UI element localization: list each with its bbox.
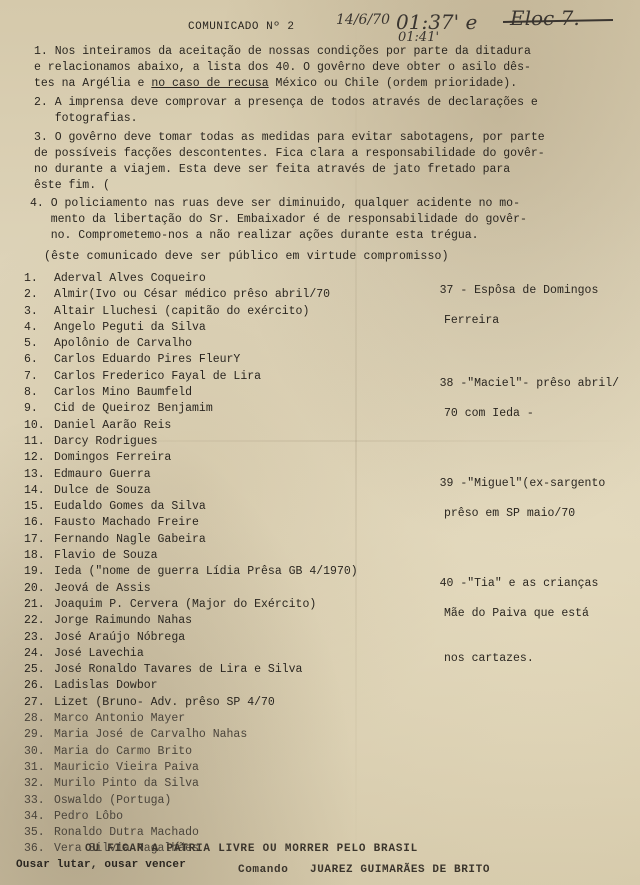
paragraph-1-line-3-end: México ou Chile (ordem prioridade). [269,77,517,90]
list-item: 24.José Lavechia [24,647,358,663]
list-item: 16.Fausto Machado Freire [24,516,358,532]
list-item-number: 28. [24,712,54,728]
list-item-name-continued: 70 com Ieda - [412,406,619,421]
list-item-name: Cid de Queiroz Benjamim [54,402,213,418]
paragraph-3-line-2: de possíveis facções descontentes. Fica … [34,146,545,162]
footer-slogan: Ousar lutar, ousar vencer [16,859,186,872]
list-item-number: 23. [24,631,54,647]
list-item: 2.Almir(Ivo ou César médico prêso abril/… [24,288,358,304]
list-item: 31.Mauricio Vieira Paiva [24,761,358,777]
list-item-name: Domingos Ferreira [54,451,171,467]
list-item-number: 35. [24,826,54,842]
list-item-name: Aderval Alves Coqueiro [54,272,206,288]
list-item: 3.Altair Lluchesi (capitão do exército) [24,305,358,321]
list-item-number: 16. [24,516,54,532]
list-item-number: 36. [24,842,54,858]
list-item: 18.Flavio de Souza [24,549,358,565]
list-item: 25.José Ronaldo Tavares de Lira e Silva [24,663,358,679]
paragraph-4-line-3: no. Comprometemo-nos a não realizar açõe… [30,228,527,244]
handwritten-date: 14/6/70 [336,12,390,28]
list-item: 7.Carlos Frederico Fayal de Lira [24,370,358,386]
list-item-name: Marco Antonio Mayer [54,712,185,728]
list-item-name: Fernando Nagle Gabeira [54,533,206,549]
list-item: 8.Carlos Mino Baumfeld [24,386,358,402]
list-item-name: "Tia" e as crianças [467,577,598,590]
list-item: 38 -"Maciel"- prêso abril/ 70 com Ieda - [412,361,619,451]
list-item: 39 -"Miguel"(ex-sargento prêso em SP mai… [412,461,619,551]
list-item-number: 38 - [440,377,468,390]
paragraph-4: 4. O policiamento nas ruas deve ser dimi… [30,196,527,244]
list-item-name: Almir(Ivo ou César médico prêso abril/70 [54,288,330,304]
handwritten-time-secondary: 01:41' [398,30,439,45]
list-item-name: "Miguel"(ex-sargento [467,477,605,490]
list-item-number: 34. [24,810,54,826]
list-item-name: Angelo Peguti da Silva [54,321,206,337]
list-item: 27.Lizet (Bruno- Adv. prêso SP 4/70 [24,696,358,712]
paragraph-1-line-2: e relacionamos abaixo, a lista dos 40. O… [34,60,531,76]
list-item-name-continued: Ferreira [412,313,619,328]
list-item-name-continued: nos cartazes. [412,651,619,666]
list-item-name: José Araújo Nóbrega [54,631,185,647]
list-item-name: Fausto Machado Freire [54,516,199,532]
list-item-number: 31. [24,761,54,777]
list-item: 19.Ieda ("nome de guerra Lídia Prêsa GB … [24,565,358,581]
list-item-number: 14. [24,484,54,500]
list-item: 9.Cid de Queiroz Benjamim [24,402,358,418]
list-item-name: José Lavechia [54,647,144,663]
list-item-name-continued: Mãe do Paiva que está [412,606,619,621]
paragraph-1-line-3-start: tes na Argélia e [34,77,151,90]
list-item: 37 - Espôsa de Domingos Ferreira [412,268,619,358]
list-item-name: José Ronaldo Tavares de Lira e Silva [54,663,302,679]
paragraph-3: 3. O govêrno deve tomar todas as medidas… [34,130,545,194]
list-item-number: 29. [24,728,54,744]
list-item-number: 33. [24,794,54,810]
list-item-name: Altair Lluchesi (capitão do exército) [54,305,309,321]
list-item-number: 32. [24,777,54,793]
list-item-name: Joaquim P. Cervera (Major do Exército) [54,598,316,614]
list-item-number: 3. [24,305,54,321]
list-item-name: Lizet (Bruno- Adv. prêso SP 4/70 [54,696,275,712]
list-item-name: Oswaldo (Portuga) [54,794,171,810]
list-item-number: 17. [24,533,54,549]
list-item: 12.Domingos Ferreira [24,451,358,467]
list-item: 10.Daniel Aarão Reis [24,419,358,435]
prisoner-list-left: 1.Aderval Alves Coqueiro 2.Almir(Ivo ou … [24,272,358,859]
list-item-name: Jorge Raimundo Nahas [54,614,192,630]
document-title: COMUNICADO Nº 2 [188,21,295,34]
list-item-name: Mauricio Vieira Paiva [54,761,199,777]
list-item: 17.Fernando Nagle Gabeira [24,533,358,549]
list-item: 34.Pedro Lôbo [24,810,358,826]
list-item-number: 22. [24,614,54,630]
list-item-number: 8. [24,386,54,402]
list-item-name: Daniel Aarão Reis [54,419,171,435]
paragraph-2-line-1: 2. A imprensa deve comprovar a presença … [34,95,538,111]
paragraph-4-line-1: 4. O policiamento nas ruas deve ser dimi… [30,196,527,212]
list-item-number: 4. [24,321,54,337]
list-item: 32.Murilo Pinto da Silva [24,777,358,793]
list-item-name: Darcy Rodrigues [54,435,158,451]
list-item-number: 13. [24,468,54,484]
list-item: 11.Darcy Rodrigues [24,435,358,451]
list-item-name: Ieda ("nome de guerra Lídia Prêsa GB 4/1… [54,565,358,581]
list-item-name: Maria do Carmo Brito [54,745,192,761]
paragraph-3-line-3: no durante a viajem. Esta deve ser feita… [34,162,545,178]
list-item: 21.Joaquim P. Cervera (Major do Exército… [24,598,358,614]
list-item-number: 2. [24,288,54,304]
list-item: 1.Aderval Alves Coqueiro [24,272,358,288]
list-item-name: Maria José de Carvalho Nahas [54,728,247,744]
list-item: 26.Ladislas Dowbor [24,679,358,695]
list-item-name: Ladislas Dowbor [54,679,158,695]
list-item-number: 37 - [440,284,468,297]
list-item: 6.Carlos Eduardo Pires FleurY [24,353,358,369]
list-item-number: 11. [24,435,54,451]
list-item-number: 1. [24,272,54,288]
list-item: 22.Jorge Raimundo Nahas [24,614,358,630]
list-item-number: 18. [24,549,54,565]
list-item-name: Carlos Mino Baumfeld [54,386,192,402]
list-item: 15.Eudaldo Gomes da Silva [24,500,358,516]
list-item-number: 6. [24,353,54,369]
list-item: 40 -"Tia" e as crianças Mãe do Paiva que… [412,561,619,696]
list-item-name: Flavio de Souza [54,549,158,565]
list-item-name: Espôsa de Domingos [474,284,598,297]
list-item-number: 5. [24,337,54,353]
list-item-number: 9. [24,402,54,418]
list-item: 28.Marco Antonio Mayer [24,712,358,728]
paragraph-1: 1. Nos inteiramos da aceitação de nossas… [34,44,531,92]
list-item-number: 12. [24,451,54,467]
list-item-number: 30. [24,745,54,761]
list-item-number: 40 - [440,577,468,590]
list-item-number: 15. [24,500,54,516]
list-item: 23.José Araújo Nóbrega [24,631,358,647]
list-item: 5.Apolônio de Carvalho [24,337,358,353]
list-item-name: Ronaldo Dutra Machado [54,826,199,842]
list-item: 13.Edmauro Guerra [24,468,358,484]
prisoner-list-right: 37 - Espôsa de Domingos Ferreira 38 -"Ma… [412,268,619,699]
list-item-name: Dulce de Souza [54,484,151,500]
paragraph-1-line-3: tes na Argélia e no caso de recusa Méxic… [34,76,531,92]
list-item: 14.Dulce de Souza [24,484,358,500]
list-item: 35.Ronaldo Dutra Machado [24,826,358,842]
list-item-name: Apolônio de Carvalho [54,337,192,353]
handwritten-scribble: Eloc 7. [510,6,580,30]
footer-command-signature: Comando JUAREZ GUIMARÃES DE BRITO [238,864,490,877]
underlined-phrase: no caso de recusa [151,77,268,90]
list-item-number: 19. [24,565,54,581]
list-item-number: 24. [24,647,54,663]
list-item-name: Murilo Pinto da Silva [54,777,199,793]
paragraph-3-line-4: êste fim. ( [34,178,545,194]
list-item-name: "Maciel"- prêso abril/ [467,377,619,390]
list-item: 20.Jeová de Assis [24,582,358,598]
list-item-number: 21. [24,598,54,614]
list-item-number: 39 - [440,477,468,490]
list-item-name: Eudaldo Gomes da Silva [54,500,206,516]
paragraph-2-line-2: fotografias. [34,111,538,127]
list-item-number: 20. [24,582,54,598]
paragraph-4-line-2: mento da libertação do Sr. Embaixador é … [30,212,527,228]
list-item-name: Pedro Lôbo [54,810,123,826]
public-note: (êste comunicado deve ser público em vir… [44,250,449,263]
list-item-number: 27. [24,696,54,712]
list-item: 30.Maria do Carmo Brito [24,745,358,761]
footer-motto: OU FICAR A PÁTRIA LIVRE OU MORRER PELO B… [85,843,418,856]
paragraph-3-line-1: 3. O govêrno deve tomar todas as medidas… [34,130,545,146]
list-item-name: Edmauro Guerra [54,468,151,484]
list-item-name: Carlos Eduardo Pires FleurY [54,353,240,369]
list-item: 4.Angelo Peguti da Silva [24,321,358,337]
list-item: 29.Maria José de Carvalho Nahas [24,728,358,744]
list-item-name: Carlos Frederico Fayal de Lira [54,370,261,386]
paragraph-2: 2. A imprensa deve comprovar a presença … [34,95,538,127]
list-item: 33.Oswaldo (Portuga) [24,794,358,810]
list-item-number: 7. [24,370,54,386]
list-item-name: Jeová de Assis [54,582,151,598]
list-item-number: 26. [24,679,54,695]
list-item-number: 10. [24,419,54,435]
paragraph-1-line-1: 1. Nos inteiramos da aceitação de nossas… [34,44,531,60]
list-item-name-continued: prêso em SP maio/70 [412,506,619,521]
list-item-number: 25. [24,663,54,679]
